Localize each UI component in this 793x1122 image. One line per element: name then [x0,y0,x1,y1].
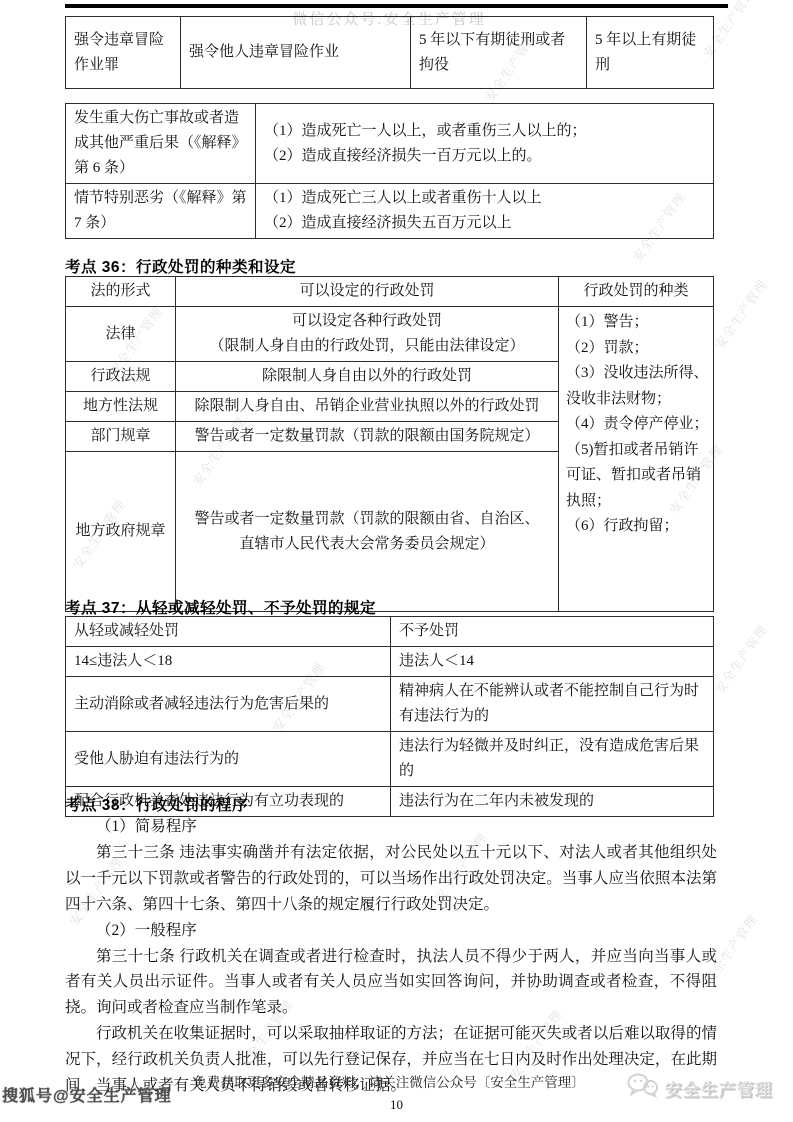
crime-desc-cell: 强令他人违章冒险作业 [181,17,411,89]
criteria-cell: （1）造成死亡一人以上，或者重伤三人以上的； （2）造成直接经济损失一百万元以上… [256,104,714,184]
law-form-cell: 地方政府规章 [66,452,176,612]
procedure-paragraphs: （1）简易程序 第三十三条 违法事实确凿并有法定依据，对公民处以五十元以下、对法… [65,814,717,1099]
criteria-cell: （1）造成死亡三人以上或者重伤十人以上 （2）造成直接经济损失五百万元以上 [256,184,714,239]
watermark-diagonal: 安全生产管理 [710,621,771,698]
penalty-type-item: （1）警告； [566,310,709,336]
penalty-types-cell: （1）警告； （2）罚款； （3）没收违法所得、没收非法财物； （4）责令停产停… [559,307,714,612]
header-no-penalty: 不予处罚 [391,617,714,647]
wechat-bubbles-icon [627,1072,659,1104]
law-form-cell: 法律 [66,307,176,362]
criteria-item: （2）造成直接经济损失五百万元以上 [264,211,705,236]
table-row: 法律 可以设定各种行政处罚 （限制人身自由的行政处罚，只能由法律设定） （1）警… [66,307,714,362]
header-types: 行政处罚的种类 [559,277,714,307]
law-form-cell: 部门规章 [66,422,176,452]
penalty-type-item: （3）没收违法所得、没收非法财物； [566,361,709,412]
crime-penalty-table: 强令违章冒险作业罪 强令他人违章冒险作业 5 年以下有期徒刑或者拘役 5 年以上… [65,16,714,89]
criteria-item: （2）造成直接经济损失一百万元以上的。 [264,144,705,169]
criteria-item: （1）造成死亡一人以上，或者重伤三人以上的； [264,119,705,144]
mitigation-table: 从轻或减轻处罚 不予处罚 14≤违法人＜18 违法人＜14 主动消除或者减轻违法… [65,616,714,817]
table-row: 主动消除或者减轻违法行为危害后果的 精神病人在不能辨认或者不能控制自己行为时有违… [66,677,714,732]
severe-consequence-table: 发生重大伤亡事故或者造成其他严重后果（《解释》第 6 条） （1）造成死亡一人以… [65,103,714,239]
penalty-cell: 除限制人身自由、吊销企业营业执照以外的行政处罚 [176,392,559,422]
penalty-line: （限制人身自由的行政处罚，只能由法律设定） [184,334,550,359]
penalty-type-item: （4）责令停产停业； [566,412,709,438]
brand-logo: 安全生产管理 [627,1072,773,1104]
law-form-cell: 地方性法规 [66,392,176,422]
no-penalty-cell: 精神病人在不能辨认或者不能控制自己行为时有违法行为的 [391,677,714,732]
table-row: 发生重大伤亡事故或者造成其他严重后果（《解释》第 6 条） （1）造成死亡一人以… [66,104,714,184]
watermark-diagonal: 安全生产管理 [710,276,771,353]
penalty-types-table: 法的形式 可以设定的行政处罚 行政处罚的种类 法律 可以设定各种行政处罚 （限制… [65,276,714,612]
criteria-item: （1）造成死亡三人以上或者重伤十人以上 [264,186,705,211]
table-header-row: 从轻或减轻处罚 不予处罚 [66,617,714,647]
no-penalty-cell: 违法人＜14 [391,647,714,677]
mitigated-cell: 受他人胁迫有违法行为的 [66,732,391,787]
section-heading-38: 考点 38：行政处罚的程序 [65,793,248,815]
brand-text: 安全生产管理 [665,1076,773,1101]
penalty-cell: 可以设定各种行政处罚 （限制人身自由的行政处罚，只能由法律设定） [176,307,559,362]
table-row: 受他人胁迫有违法行为的 违法行为轻微并及时纠正，没有造成危害后果的 [66,732,714,787]
penalty-type-item: （2）罚款； [566,336,709,362]
document-page: 微信公众号:安全生产管理 安全生产管理 安全生产管理 安全生产管理 安全生产管理… [0,0,793,1122]
penalty-type-item: （6）行政拘留； [566,514,709,540]
section-heading-37: 考点 37：从轻或减轻处罚、不予处罚的规定 [65,596,376,618]
page-top-rule [65,4,728,8]
header-law-form: 法的形式 [66,277,176,307]
penalty-cell: 警告或者一定数量罚款（罚款的限额由国务院规定） [176,422,559,452]
table-row: 14≤违法人＜18 违法人＜14 [66,647,714,677]
no-penalty-cell: 违法行为在二年内未被发现的 [391,787,714,817]
paragraph: （2）一般程序 [65,918,717,944]
header-mitigated: 从轻或减轻处罚 [66,617,391,647]
mitigated-cell: 主动消除或者减轻违法行为危害后果的 [66,677,391,732]
penalty-line: 直辖市人民代表大会常务委员会规定） [184,532,550,557]
crime-name-cell: 强令违章冒险作业罪 [66,17,181,89]
sentence-lower-cell: 5 年以下有期徒刑或者拘役 [411,17,587,89]
mitigated-cell: 14≤违法人＜18 [66,647,391,677]
sentence-upper-cell: 5 年以上有期徒刑 [587,17,714,89]
table-row: 情节特别恶劣（《解释》第 7 条） （1）造成死亡三人以上或者重伤十人以上 （2… [66,184,714,239]
paragraph: （1）简易程序 [65,814,717,840]
table-row: 强令违章冒险作业罪 强令他人违章冒险作业 5 年以下有期徒刑或者拘役 5 年以上… [66,17,714,89]
no-penalty-cell: 违法行为轻微并及时纠正，没有造成危害后果的 [391,732,714,787]
condition-cell: 情节特别恶劣（《解释》第 7 条） [66,184,256,239]
penalty-line: 警告或者一定数量罚款（罚款的限额由省、自治区、 [184,507,550,532]
penalty-type-item: （5)暂扣或者吊销许可证、暂扣或者吊销执照； [566,438,709,515]
header-may-set: 可以设定的行政处罚 [176,277,559,307]
condition-cell: 发生重大伤亡事故或者造成其他严重后果（《解释》第 6 条） [66,104,256,184]
section-heading-36: 考点 36：行政处罚的种类和设定 [65,255,296,277]
law-form-cell: 行政法规 [66,362,176,392]
table-header-row: 法的形式 可以设定的行政处罚 行政处罚的种类 [66,277,714,307]
penalty-cell: 警告或者一定数量罚款（罚款的限额由省、自治区、 直辖市人民代表大会常务委员会规定… [176,452,559,612]
paragraph: 第三十七条 行政机关在调查或者进行检查时，执法人员不得少于两人，并应当向当事人或… [65,944,717,1022]
paragraph: 第三十三条 违法事实确凿并有法定依据，对公民处以五十元以下、对法人或者其他组织处… [65,840,717,918]
penalty-cell: 除限制人身自由以外的行政处罚 [176,362,559,392]
penalty-line: 可以设定各种行政处罚 [184,309,550,334]
sohu-watermark: 搜狐号@安全生产管理 [2,1083,172,1106]
